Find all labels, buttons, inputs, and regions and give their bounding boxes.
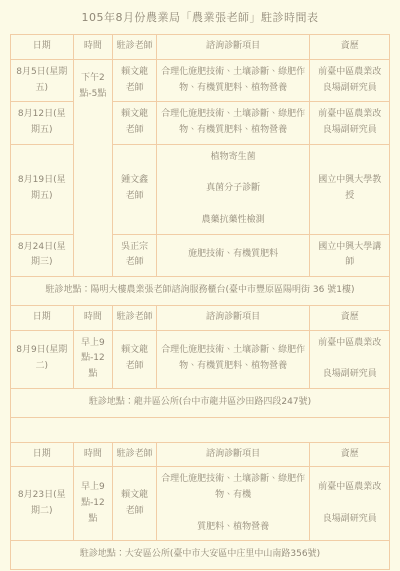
header-cell-credential: 資歷	[310, 305, 390, 330]
schedule-table: 日期 時間 駐診老師 諮詢診斷項目 資歷 8月5日(星期五) 下午2點-5點 賴…	[10, 34, 390, 570]
date-cell: 8月24日(星期三)	[11, 234, 74, 277]
date-cell: 8月23日(星期二)	[11, 467, 74, 541]
spacer-cell	[11, 417, 390, 442]
time-cell: 早上9點-12點	[73, 467, 113, 541]
schedule-row-aug19: 8月19日(星期五) 鍾文鑫老師 植物寄生菌 真菌分子診斷 農藥抗藥性檢測 國立…	[11, 144, 390, 234]
header-cell-time: 時間	[73, 35, 113, 60]
location-text: 駐診地點：龍井區公所(台中市龍井區沙田路四段247號)	[11, 388, 390, 417]
credential-cell: 國立中興大學講師	[310, 234, 390, 277]
topics-cell: 施肥技術、有機質肥料	[156, 234, 310, 277]
location-row-longjing: 駐診地點：龍井區公所(台中市龍井區沙田路四段247號)	[11, 388, 390, 417]
date-cell: 8月5日(星期五)	[11, 59, 74, 102]
header-cell-topics: 諮詢診斷項目	[156, 442, 310, 467]
page-title: 105年8月份農業局「農業張老師」駐診時間表	[0, 0, 400, 34]
date-cell: 8月19日(星期五)	[11, 144, 74, 234]
header-row-section1: 日期 時間 駐診老師 諮詢診斷項目 資歷	[11, 35, 390, 60]
header-cell-teacher: 駐診老師	[113, 35, 157, 60]
header-cell-teacher: 駐診老師	[113, 442, 157, 467]
topics-cell: 合理化施肥技術、土壤診斷、綠肥作物、有機質肥料、植物營養	[156, 102, 310, 145]
topics-cell: 合理化施肥技術、土壤診斷、綠肥作物、有機質肥料、植物營養	[156, 330, 310, 388]
location-row-yangming: 駐診地點：陽明大樓農業張老師諮詢服務櫃台(臺中市豐原區陽明街 36 號1樓)	[11, 277, 390, 306]
teacher-cell: 吳正宗老師	[113, 234, 157, 277]
schedule-row-aug5: 8月5日(星期五) 下午2點-5點 賴文龍老師 合理化施肥技術、土壤診斷、綠肥作…	[11, 59, 390, 102]
header-cell-credential: 資歷	[310, 442, 390, 467]
header-cell-time: 時間	[73, 442, 113, 467]
time-cell: 早上9點-12點	[73, 330, 113, 388]
credential-cell: 前臺中區農業改良場副研究員	[310, 59, 390, 102]
header-row-section3: 日期 時間 駐診老師 諮詢診斷項目 資歷	[11, 442, 390, 467]
header-cell-date: 日期	[11, 442, 74, 467]
date-cell: 8月9日(星期二)	[11, 330, 74, 388]
header-cell-topics: 諮詢診斷項目	[156, 35, 310, 60]
schedule-row-aug12: 8月12日(星期五) 賴文龍老師 合理化施肥技術、土壤診斷、綠肥作物、有機質肥料…	[11, 102, 390, 145]
teacher-cell: 賴文龍老師	[113, 330, 157, 388]
header-row-section2: 日期 時間 駐診老師 諮詢診斷項目 資歷	[11, 305, 390, 330]
teacher-cell: 賴文龍老師	[113, 59, 157, 102]
schedule-row-aug23: 8月23日(星期二) 早上9點-12點 賴文龍老師 合理化施肥技術、土壤診斷、綠…	[11, 467, 390, 541]
location-text: 駐診地點：大安區公所(臺中市大安區中庄里中山南路356號)	[11, 541, 390, 570]
credential-cell: 前臺中區農業改良場副研究員	[310, 102, 390, 145]
topics-cell: 合理化施肥技術、土壤診斷、綠肥作物、有機質肥料、植物營養	[156, 59, 310, 102]
header-cell-topics: 諮詢診斷項目	[156, 305, 310, 330]
header-cell-date: 日期	[11, 35, 74, 60]
header-cell-teacher: 駐診老師	[113, 305, 157, 330]
header-cell-date: 日期	[11, 305, 74, 330]
time-cell-shared: 下午2點-5點	[73, 59, 113, 276]
schedule-row-aug9: 8月9日(星期二) 早上9點-12點 賴文龍老師 合理化施肥技術、土壤診斷、綠肥…	[11, 330, 390, 388]
teacher-cell: 賴文龍老師	[113, 102, 157, 145]
topics-cell: 植物寄生菌 真菌分子診斷 農藥抗藥性檢測	[156, 144, 310, 234]
teacher-cell: 鍾文鑫老師	[113, 144, 157, 234]
credential-cell: 前臺中區農業改 良場副研究員	[310, 467, 390, 541]
teacher-cell: 賴文龍老師	[113, 467, 157, 541]
location-text: 駐診地點：陽明大樓農業張老師諮詢服務櫃台(臺中市豐原區陽明街 36 號1樓)	[11, 277, 390, 306]
spacer-row	[11, 417, 390, 442]
schedule-row-aug24: 8月24日(星期三) 吳正宗老師 施肥技術、有機質肥料 國立中興大學講師	[11, 234, 390, 277]
header-cell-time: 時間	[73, 305, 113, 330]
date-cell: 8月12日(星期五)	[11, 102, 74, 145]
credential-cell: 國立中興大學教授	[310, 144, 390, 234]
location-row-daan: 駐診地點：大安區公所(臺中市大安區中庄里中山南路356號)	[11, 541, 390, 570]
topics-cell: 合理化施肥技術、土壤診斷、綠肥作物、有機 質肥料、植物營養	[156, 467, 310, 541]
credential-cell: 前臺中區農業改 良場副研究員	[310, 330, 390, 388]
header-cell-credential: 資歷	[310, 35, 390, 60]
